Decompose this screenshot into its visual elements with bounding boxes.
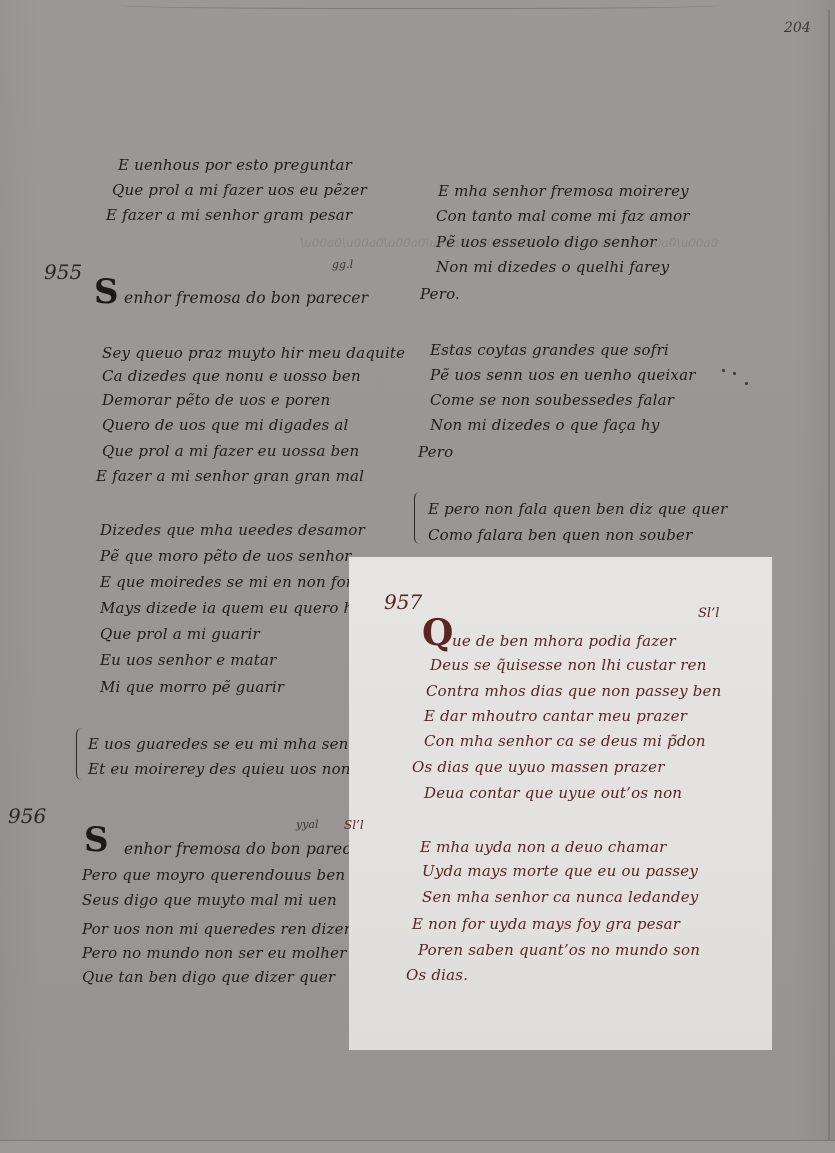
verse-line: Quero de uos que mi digades al xyxy=(102,416,349,434)
verse-line: Demorar pẽto de uos e poren xyxy=(102,391,330,409)
verse-line: E mha senhor fremosa moirerey xyxy=(438,182,689,200)
verse-line: Pero que moyro querendouus ben xyxy=(82,866,345,884)
verse-line: Deua contar que uyue out’os non xyxy=(424,784,682,802)
verse-line: Non mi dizedes o quelhi farey xyxy=(436,258,669,276)
verse-line: Que tan ben digo que dizer quer xyxy=(82,968,335,986)
verse-line: E pero non fala quen ben diz que quer xyxy=(428,500,727,518)
manuscript-page: 204 \u00a0\u00a0\u00a0\u00a0\u00a0\u00a0… xyxy=(0,0,835,1153)
finda-bracket xyxy=(76,728,83,780)
poem-number: 956 xyxy=(8,804,46,828)
verse-line: Pẽ que moro pẽto de uos senhor xyxy=(100,547,352,565)
verse-line: Contra mhos dias que non passey ben xyxy=(426,682,722,700)
verse-line: ue de ben mhora podia fazer xyxy=(452,632,676,650)
verse-line: Por uos non mi queredes ren dizer xyxy=(82,920,351,938)
margin-note: yyal xyxy=(296,818,319,831)
poem-incipit: enhor fremosa do bon parecer xyxy=(124,289,368,307)
decorated-initial: S xyxy=(84,820,109,860)
verse-line: Que prol a mi fazer eu uossa ben xyxy=(102,442,359,460)
ink-speck xyxy=(722,369,725,372)
verse-line: Non mi dizedes o que faça hy xyxy=(430,416,660,434)
poem-number: 957 xyxy=(384,590,422,614)
verse-line: Con tanto mal come mi faz amor xyxy=(436,207,690,225)
verse-line: E fazer a mi senhor gran gran mal xyxy=(96,467,364,485)
verse-line: E dar mhoutro cantar meu prazer xyxy=(424,707,687,725)
page-top-edge xyxy=(120,0,720,9)
verse-line: Os dias que uyuo massen prazer xyxy=(412,758,665,776)
verse-line: Que prol a mi guarir xyxy=(100,625,260,643)
verse-line: Et eu moirerey des quieu uos non uir xyxy=(88,760,378,778)
refrain-marker: Pero xyxy=(418,443,453,461)
verse-line: E non for uyda mays foy gra pesar xyxy=(412,915,680,933)
verse-line: Sen mha senhor ca nunca ledandey xyxy=(422,888,698,906)
verse-line: Poren saben quant’os no mundo son xyxy=(418,941,700,959)
ink-speck xyxy=(733,372,736,375)
verse-line: Uyda mays morte que eu ou passey xyxy=(422,862,698,880)
decorated-initial: S xyxy=(94,272,119,312)
verse-line: Pero no mundo non ser eu molher xyxy=(82,944,347,962)
ink-speck xyxy=(745,382,748,385)
page-bottom-edge xyxy=(0,1140,835,1153)
folio-number: 204 xyxy=(784,20,811,36)
verse-line: E uenhous por esto preguntar xyxy=(118,156,352,174)
verse-line: Dizedes que mha ueedes desamor xyxy=(100,521,365,539)
verse-line: Eu uos senhor e matar xyxy=(100,651,277,669)
finda-bracket xyxy=(414,492,421,544)
verse-line: Ca dizedes que nonu e uosso ben xyxy=(102,367,361,385)
refrain-marker: Pero. xyxy=(420,285,460,303)
verse-line: Deus se q̃uisesse non lhi custar ren xyxy=(430,656,707,674)
verse-line: Sey queuo praz muyto hir meu daquite xyxy=(102,344,405,362)
side-note: Sl’l xyxy=(344,818,364,832)
margin-note: Sl’l xyxy=(698,606,719,621)
poem-incipit: enhor fremosa do bon parecer xyxy=(124,840,368,858)
verse-line: E uos guaredes se eu mi mha senhor xyxy=(88,735,375,753)
verse-line: Mays dizede ia quem eu quero hir xyxy=(100,599,366,617)
verse-line: E fazer a mi senhor gram pesar xyxy=(106,206,352,224)
poem-number: 955 xyxy=(44,260,82,284)
verse-line: Estas coytas grandes que sofri xyxy=(430,341,669,359)
verse-line: Que prol a mi fazer uos eu pẽzer xyxy=(112,181,367,199)
verse-line: Seus digo que muyto mal mi uen xyxy=(82,891,337,909)
refrain-marker: Os dias. xyxy=(406,966,468,984)
verse-line: Con mha senhor ca se deus mi p̃don xyxy=(424,732,706,750)
verse-line: E que moiredes se mi en non for xyxy=(100,573,353,591)
verse-line: Mi que morro pẽ guarir xyxy=(100,678,284,696)
decorated-initial: Q xyxy=(422,612,453,654)
page-right-edge xyxy=(828,10,830,1150)
verse-line: Como falara ben quen non souber xyxy=(428,526,692,544)
verse-line: Pẽ uos senn uos en uenho queixar xyxy=(430,366,696,384)
verse-line: Pẽ uos esseuolo digo senhor xyxy=(436,233,657,251)
verse-line: Come se non soubessedes falar xyxy=(430,391,674,409)
verse-line: E mha uyda non a deuo chamar xyxy=(420,838,666,856)
margin-note: gg.l xyxy=(332,258,353,271)
